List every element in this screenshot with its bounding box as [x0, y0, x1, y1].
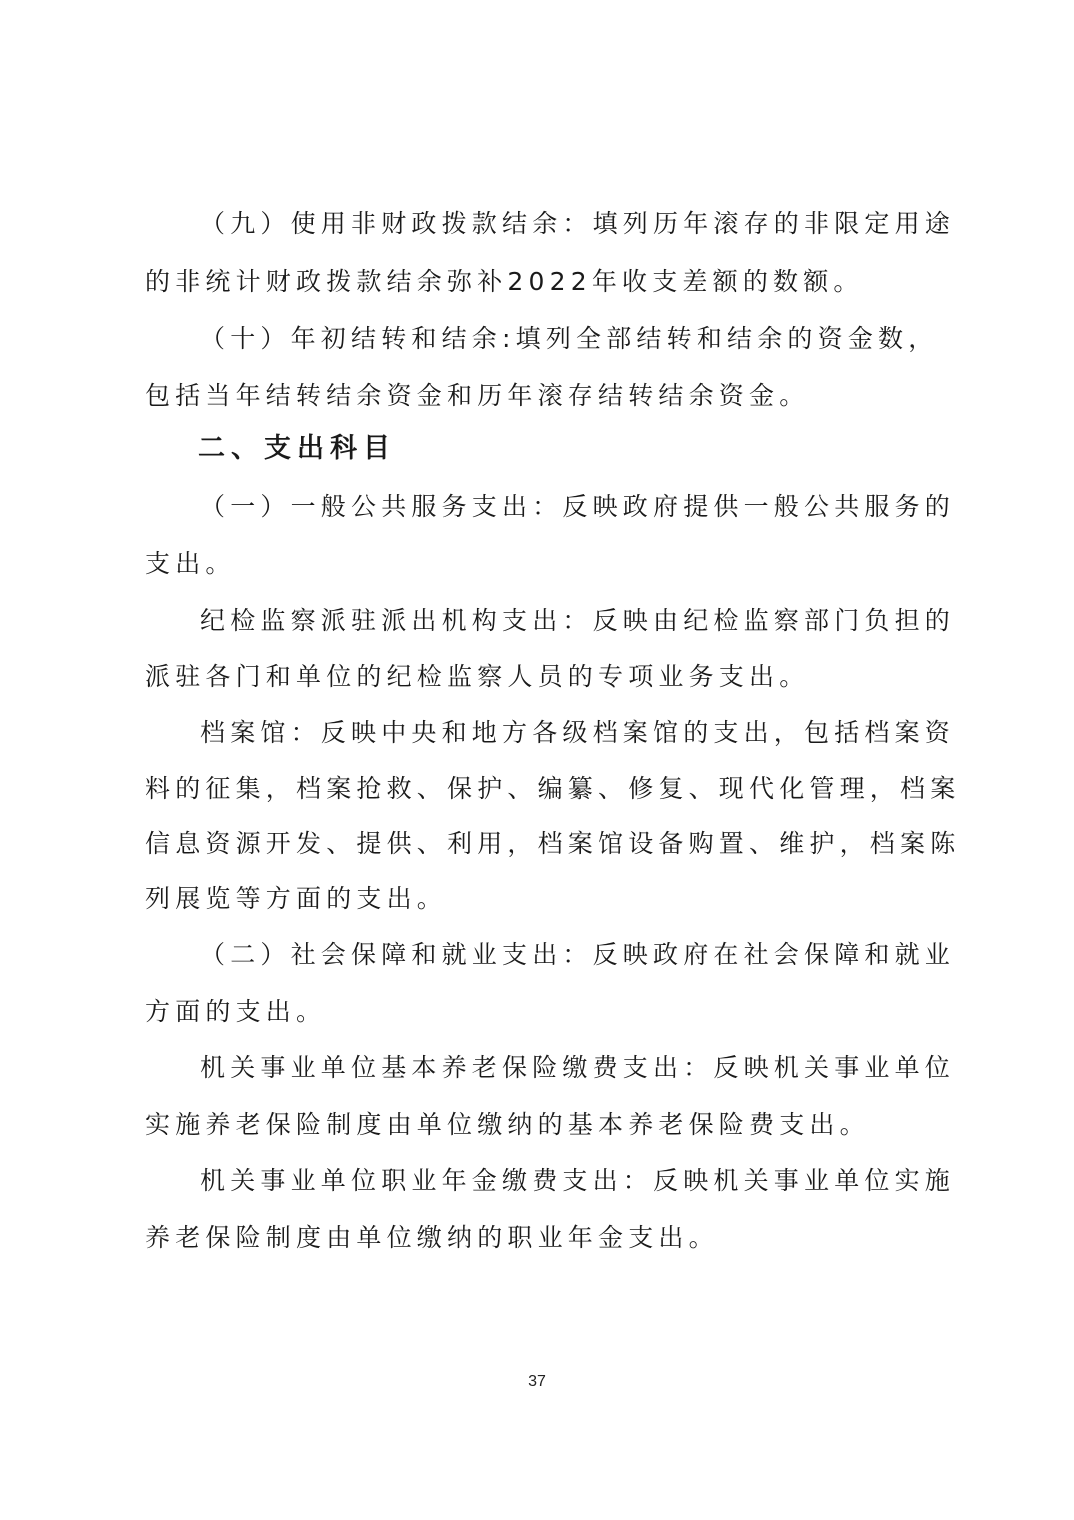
paragraph-item-10-line-2: 包括当年结转结余资金和历年滚存结转结余资金。 — [145, 379, 930, 413]
paragraph-item-9-line-1: （九）使用非财政拨款结余：填列历年滚存的非限定用途 — [200, 207, 930, 241]
paragraph-basic-pension-line-2: 实施养老保险制度由单位缴纳的基本养老保险费支出。 — [145, 1108, 930, 1142]
paragraph-general-public-services-line-1: （一）一般公共服务支出：反映政府提供一般公共服务的 — [200, 490, 930, 524]
paragraph-general-public-services-line-2: 支出。 — [145, 547, 930, 581]
paragraph-archives-line-2: 料的征集，档案抢救、保护、编纂、修复、现代化管理，档案 — [145, 772, 930, 806]
paragraph-archives-line-3: 信息资源开发、提供、利用，档案馆设备购置、维护，档案陈 — [145, 827, 930, 861]
paragraph-basic-pension-line-1: 机关事业单位基本养老保险缴费支出：反映机关事业单位 — [200, 1051, 930, 1085]
paragraph-social-security-line-2: 方面的支出。 — [145, 995, 930, 1029]
paragraph-social-security-line-1: （二）社会保障和就业支出：反映政府在社会保障和就业 — [200, 938, 930, 972]
section-heading: 二、支出科目 — [198, 432, 983, 466]
paragraph-archives-line-1: 档案馆：反映中央和地方各级档案馆的支出，包括档案资 — [200, 716, 930, 750]
paragraph-discipline-inspection-line-2: 派驻各门和单位的纪检监察人员的专项业务支出。 — [145, 660, 930, 694]
paragraph-occupational-annuity-line-2: 养老保险制度由单位缴纳的职业年金支出。 — [145, 1221, 930, 1255]
paragraph-discipline-inspection-line-1: 纪检监察派驻派出机构支出：反映由纪检监察部门负担的 — [200, 604, 930, 638]
paragraph-occupational-annuity-line-1: 机关事业单位职业年金缴费支出：反映机关事业单位实施 — [200, 1164, 930, 1198]
paragraph-item-9-line-2: 的非统计财政拨款结余弥补2022年收支差额的数额。 — [145, 265, 930, 299]
document-page: （九）使用非财政拨款结余：填列历年滚存的非限定用途 的非统计财政拨款结余弥补20… — [0, 0, 1074, 1520]
paragraph-archives-line-4: 列展览等方面的支出。 — [145, 882, 930, 916]
paragraph-item-10-line-1: （十）年初结转和结余:填列全部结转和结余的资金数， — [200, 322, 930, 356]
page-number: 37 — [0, 1373, 1074, 1391]
